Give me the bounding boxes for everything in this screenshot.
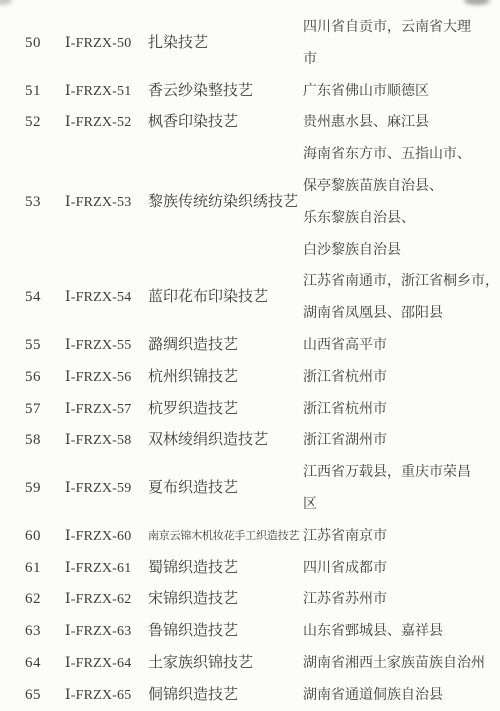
item-code: Ⅰ-FRZX-64 [65,648,148,680]
item-name: 宋锦织造技艺 [148,584,303,616]
item-code: Ⅰ-FRZX-52 [65,107,148,139]
table-row: 54 Ⅰ-FRZX-54 蓝印花布印染技艺 江苏省南通市，浙江省桐乡市， 湖南省… [25,266,500,330]
item-code: Ⅰ-FRZX-59 [65,473,148,505]
row-number: 58 [25,425,65,457]
item-name: 枫香印染技艺 [148,107,303,139]
item-name: 蓝印花布印染技艺 [148,282,303,314]
item-name: 双林绫绢织造技艺 [148,425,303,457]
item-code: Ⅰ-FRZX-62 [65,584,148,616]
heritage-items-table: 50 Ⅰ-FRZX-50 扎染技艺 四川省自贡市，云南省大理 市 51 Ⅰ-FR… [25,12,500,711]
row-number: 61 [25,553,65,585]
item-code: Ⅰ-FRZX-61 [65,553,148,585]
item-name: 南京云锦木机妆花手工织造技艺 [148,521,303,553]
item-code: Ⅰ-FRZX-54 [65,282,148,314]
item-region: 海南省东方市、五指山市、 保亭黎族苗族自治县、 乐东黎族自治县、 白沙黎族自治县 [303,139,500,266]
item-name: 杭州织锦技艺 [148,362,303,394]
item-region: 湖南省湘西土家族苗族自治州 [303,648,500,680]
scan-artifact [464,0,490,5]
item-name: 侗锦织造技艺 [148,680,303,711]
table-row: 60 Ⅰ-FRZX-60 南京云锦木机妆花手工织造技艺 江苏省南京市 [25,521,500,553]
row-number: 56 [25,362,65,394]
item-region: 广东省佛山市顺德区 [303,76,500,108]
row-number: 53 [25,187,65,219]
item-code: Ⅰ-FRZX-57 [65,394,148,426]
item-region: 江苏省南通市，浙江省桐乡市， 湖南省凤凰县、邵阳县 [303,266,500,330]
row-number: 54 [25,282,65,314]
item-region: 贵州惠水县、麻江县 [303,107,500,139]
item-code: Ⅰ-FRZX-56 [65,362,148,394]
table-row: 56 Ⅰ-FRZX-56 杭州织锦技艺 浙江省杭州市 [25,362,500,394]
row-number: 52 [25,107,65,139]
item-name: 夏布织造技艺 [148,473,303,505]
item-region: 山西省高平市 [303,330,500,362]
row-number: 55 [25,330,65,362]
row-number: 51 [25,76,65,108]
item-code: Ⅰ-FRZX-58 [65,425,148,457]
item-region: 四川省自贡市，云南省大理 市 [303,12,500,76]
table-row: 57 Ⅰ-FRZX-57 杭罗织造技艺 浙江省杭州市 [25,394,500,426]
table-row: 58 Ⅰ-FRZX-58 双林绫绢织造技艺 浙江省湖州市 [25,425,500,457]
item-name: 黎族传统纺染织绣技艺 [148,187,303,219]
item-name: 鲁锦织造技艺 [148,616,303,648]
item-region: 浙江省湖州市 [303,425,500,457]
row-number: 60 [25,521,65,553]
table-row: 62 Ⅰ-FRZX-62 宋锦织造技艺 江苏省苏州市 [25,584,500,616]
table-row: 63 Ⅰ-FRZX-63 鲁锦织造技艺 山东省鄄城县、嘉祥县 [25,616,500,648]
table-row: 59 Ⅰ-FRZX-59 夏布织造技艺 江西省万载县，重庆市荣昌 区 [25,457,500,521]
item-code: Ⅰ-FRZX-55 [65,330,148,362]
item-region: 江苏省南京市 [303,521,500,553]
row-number: 64 [25,648,65,680]
row-number: 57 [25,394,65,426]
item-region: 江西省万载县，重庆市荣昌 区 [303,457,500,521]
table-row: 65 Ⅰ-FRZX-65 侗锦织造技艺 湖南省通道侗族自治县 [25,680,500,711]
scan-artifact [0,0,12,5]
item-code: Ⅰ-FRZX-65 [65,680,148,711]
document-page: 50 Ⅰ-FRZX-50 扎染技艺 四川省自贡市，云南省大理 市 51 Ⅰ-FR… [0,0,500,711]
table-row: 55 Ⅰ-FRZX-55 潞绸织造技艺 山西省高平市 [25,330,500,362]
item-region: 江苏省苏州市 [303,584,500,616]
item-code: Ⅰ-FRZX-50 [65,28,148,60]
item-code: Ⅰ-FRZX-53 [65,187,148,219]
item-region: 浙江省杭州市 [303,362,500,394]
item-region: 浙江省杭州市 [303,394,500,426]
table-row: 61 Ⅰ-FRZX-61 蜀锦织造技艺 四川省成都市 [25,553,500,585]
table-row: 51 Ⅰ-FRZX-51 香云纱染整技艺 广东省佛山市顺德区 [25,76,500,108]
item-region: 四川省成都市 [303,553,500,585]
row-number: 59 [25,473,65,505]
item-code: Ⅰ-FRZX-63 [65,616,148,648]
row-number: 50 [25,28,65,60]
row-number: 63 [25,616,65,648]
item-name: 蜀锦织造技艺 [148,553,303,585]
item-name: 香云纱染整技艺 [148,76,303,108]
row-number: 65 [25,680,65,711]
table-row: 50 Ⅰ-FRZX-50 扎染技艺 四川省自贡市，云南省大理 市 [25,12,500,76]
item-region: 山东省鄄城县、嘉祥县 [303,616,500,648]
item-name: 杭罗织造技艺 [148,394,303,426]
table-row: 64 Ⅰ-FRZX-64 土家族织锦技艺 湖南省湘西土家族苗族自治州 [25,648,500,680]
item-name: 土家族织锦技艺 [148,648,303,680]
row-number: 62 [25,584,65,616]
item-name: 扎染技艺 [148,28,303,60]
item-region: 湖南省通道侗族自治县 [303,680,500,711]
item-code: Ⅰ-FRZX-51 [65,76,148,108]
table-row: 52 Ⅰ-FRZX-52 枫香印染技艺 贵州惠水县、麻江县 [25,107,500,139]
item-code: Ⅰ-FRZX-60 [65,521,148,553]
item-name: 潞绸织造技艺 [148,330,303,362]
table-row: 53 Ⅰ-FRZX-53 黎族传统纺染织绣技艺 海南省东方市、五指山市、 保亭黎… [25,139,500,266]
